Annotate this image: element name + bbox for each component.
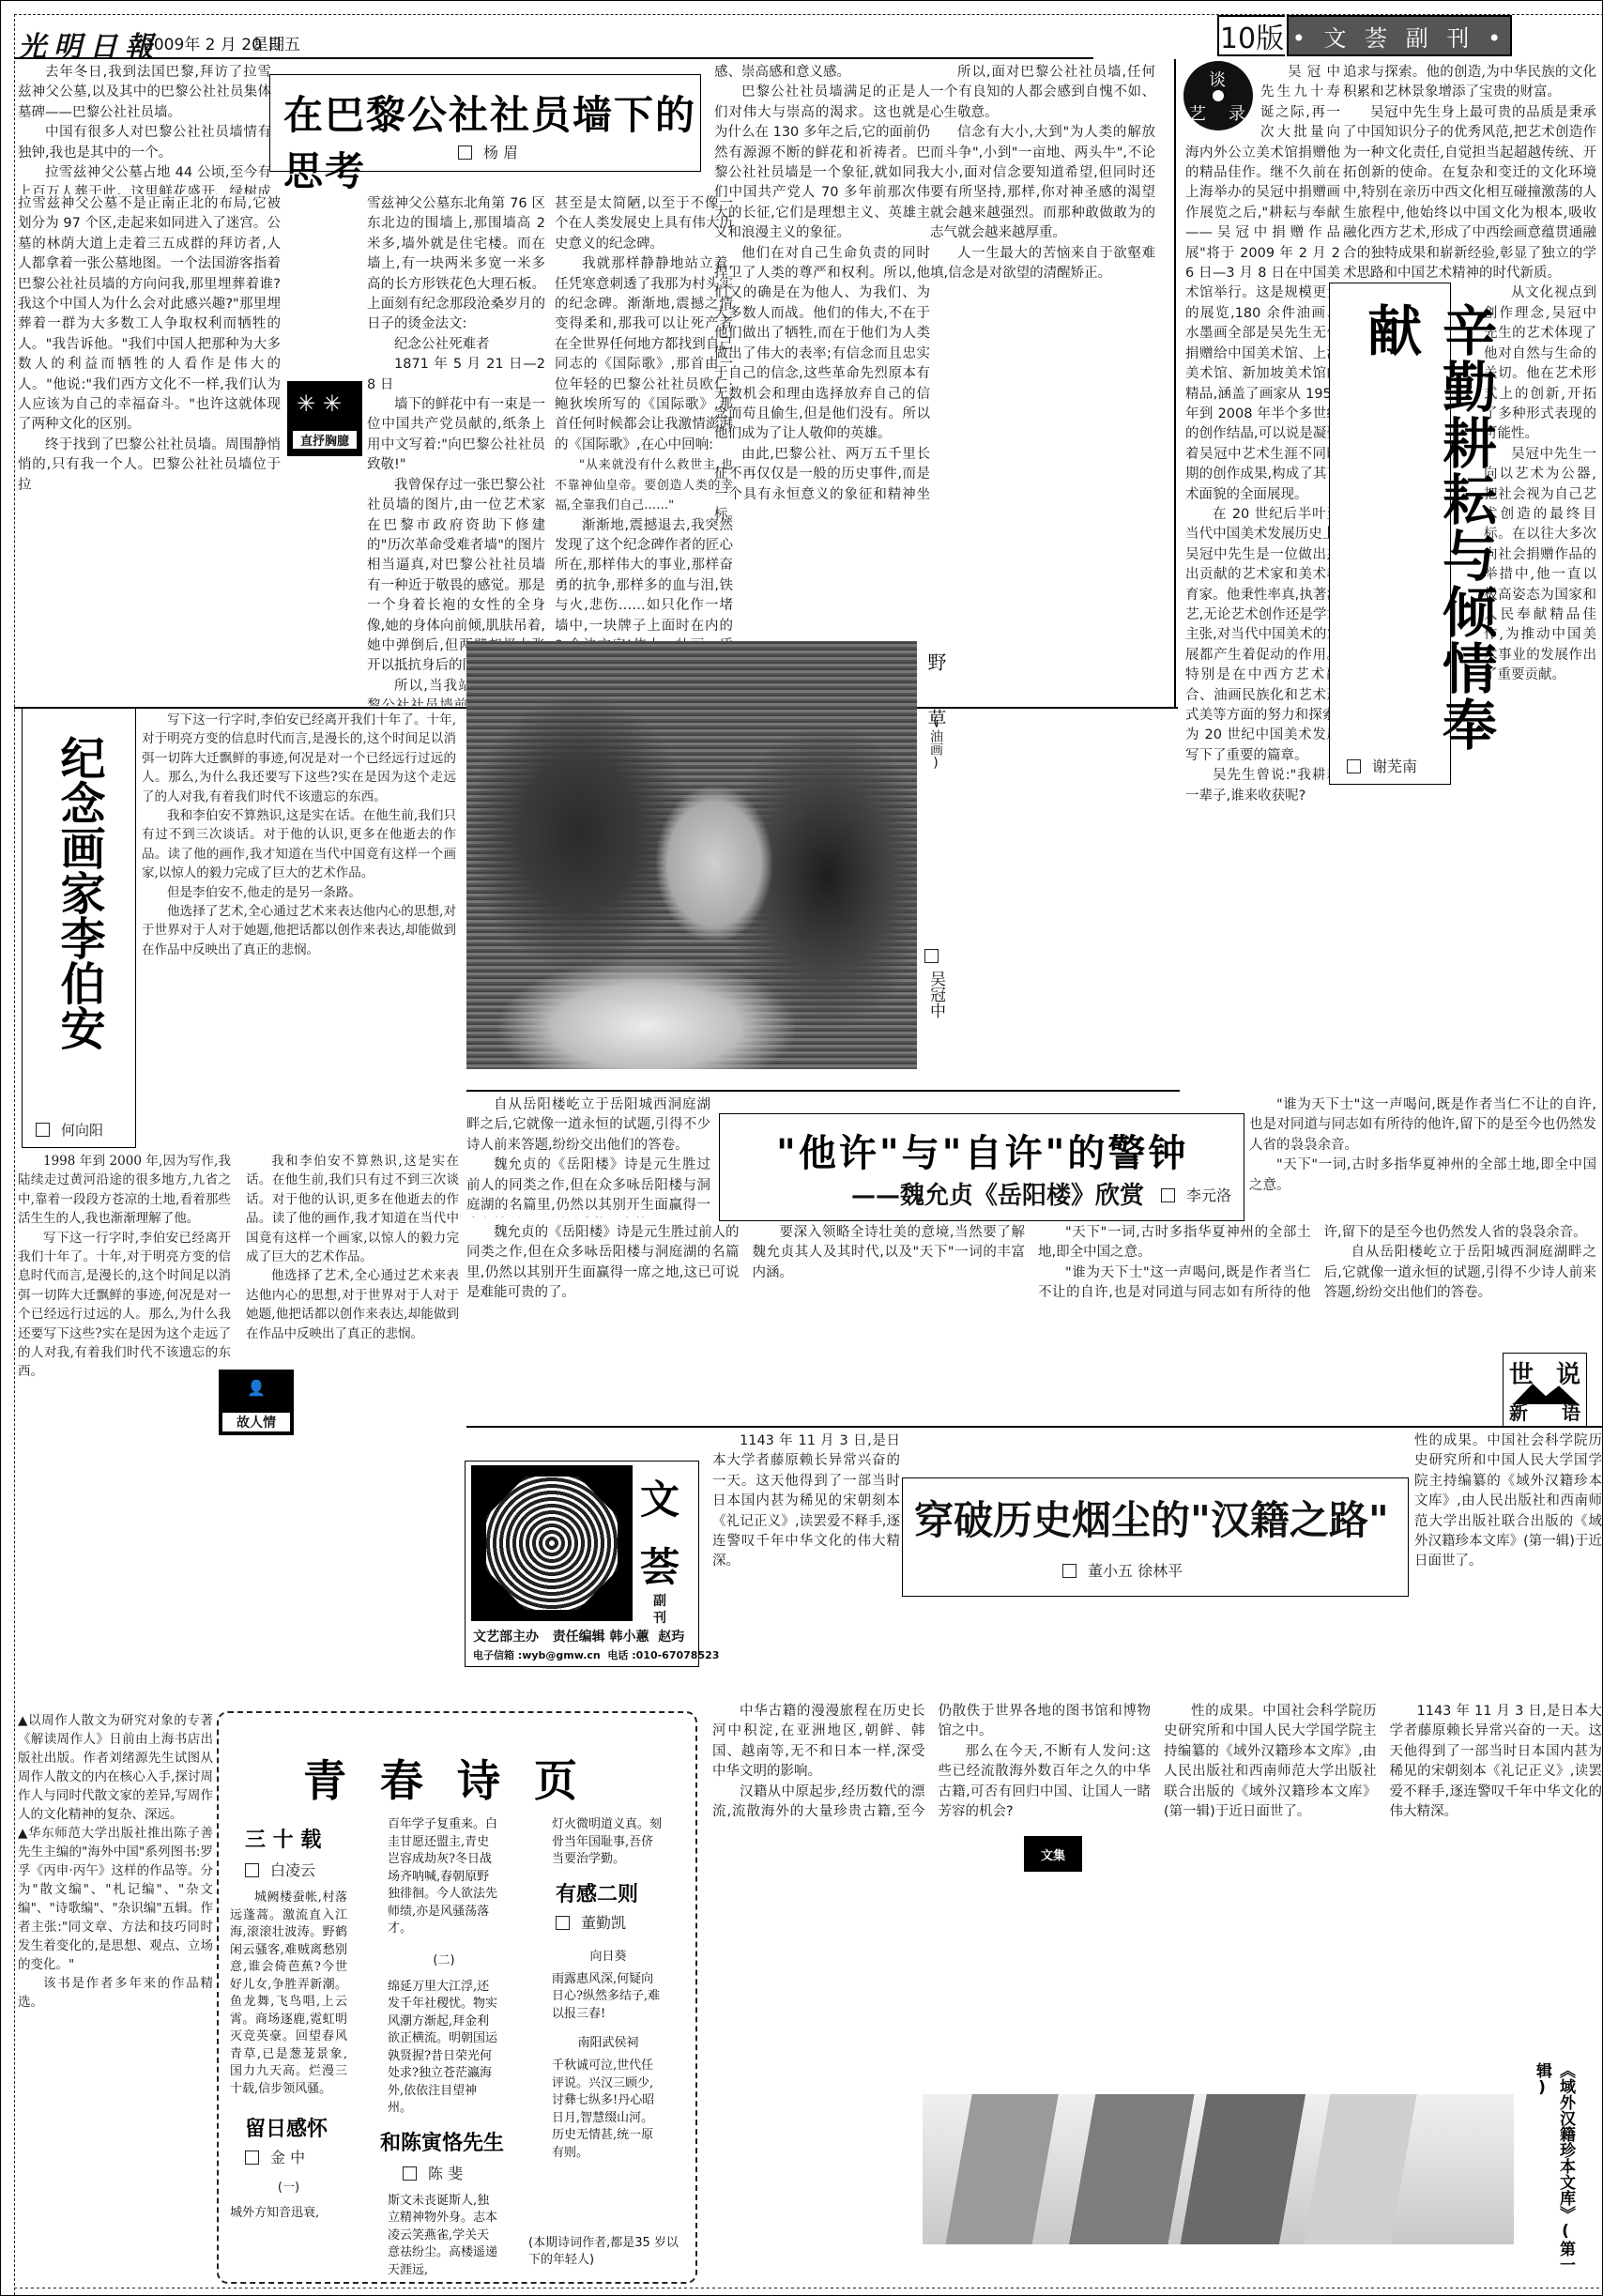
emblem-direct-speech: ✳ ✳ 直抒胸臆 <box>287 381 362 456</box>
talk-art-byline: 谢芜南 <box>1347 755 1417 776</box>
painting-medium: (油画) <box>926 714 945 771</box>
byline-square-icon <box>1161 1188 1175 1202</box>
byline-square-icon <box>924 949 939 963</box>
wenhui-masthead-box: 文 荟 副 刊 文艺部主办 责任编辑 韩小蕙 赵玙 电子信箱 :wyb@gmw.… <box>465 1461 699 1667</box>
poems-note: (本期诗词作者,都是35 岁以下的年轻人) <box>528 2235 688 2269</box>
bottom-rule <box>14 2288 1603 2288</box>
yueyang-byline: 李元洛 <box>1161 1184 1231 1205</box>
yueyang-title-box: "他许"与"自许"的警钟 ——魏允贞《岳阳楼》欣赏 李元洛 <box>719 1113 1244 1221</box>
wenhui-small-2: 刊 <box>653 1608 666 1627</box>
byline-square-icon <box>458 145 472 160</box>
wenhui-small-1: 副 <box>653 1591 666 1610</box>
memorial-title: 纪念画家李伯安 <box>51 735 107 1050</box>
poem-3: 灯火微明道义真。刻骨当年国耻事,吾侪当要治学勤。 有感二则 董勤凯 向日葵 雨露… <box>552 1816 664 2162</box>
youth-poems-box: 青 春 诗 页 三 十 载 白凌云 城阙楼蚕帐,村落远蓬蒿。激流直入江海,滚滚壮… <box>217 1711 697 2284</box>
emblem-old-friend: 👤 故人情 <box>219 1370 294 1435</box>
memorial-title-box: 纪念画家李伯安 何向阳 <box>22 707 136 1148</box>
person-icon: 👤 <box>219 1379 294 1397</box>
byline-square-icon <box>245 2151 259 2165</box>
wenhui-char-1: 文 <box>640 1469 679 1525</box>
byline-square-icon <box>1347 759 1361 773</box>
painting-image <box>466 641 917 1069</box>
memorial-body: 写下这一行字时,李伯安已经离开我们十年了。十年,对于明亮方变的信息时代而言,是漫… <box>142 711 456 1147</box>
paris-title-box: 在巴黎公社社员墙下的思考 杨 眉 <box>269 74 701 172</box>
hanji-body: 中华古籍的漫漫旅程在历史长河中积淀,在亚洲地区,朝鲜、韩国、越南等,无不和日本一… <box>712 1702 1602 2134</box>
byline-square-icon <box>403 2166 417 2181</box>
byline-square-icon <box>245 1863 259 1877</box>
section-banner: • 文 荟 副 刊 • <box>1287 15 1512 56</box>
paris-byline: 杨 眉 <box>458 141 518 162</box>
book-review-col: ▲以周作人散文为研究对象的专著《解读周作人》日前由上海书店出版社出版。作者刘绪源… <box>18 1711 213 2284</box>
yueyang-body: 魏允贞的《岳阳楼》诗是元生胜过前人的同类之作,但在众多咏岳阳楼与洞庭湖的名篇里,… <box>466 1223 1596 1420</box>
paris-col4: 感、崇高感和意义感。 巴黎公社社员墙满足的正是人们对伟大与崇高的渴求。这也就是为… <box>714 63 930 706</box>
poem-1: 三 十 载 白凌云 城阙楼蚕帐,村落远蓬蒿。激流直入江海,滚滚壮波涛。野鹤闲云骚… <box>230 1824 347 2220</box>
paris-col5: 所以,面对巴黎公社社员墙,任何一个有良知的人都会感到自愧不如、心生敬意。 信念有… <box>930 63 1155 706</box>
painting-credit: 吴冠中 <box>924 949 943 1018</box>
literary-emblem-icon: 文集 <box>1041 1845 1065 1863</box>
yueyang-title: "他许"与"自许"的警钟 <box>776 1124 1188 1177</box>
hanji-title-box: 穿破历史烟尘的"汉籍之路" 董小五 徐林平 <box>902 1477 1409 1597</box>
poem-2: 百年学子复重来。白圭甘愿还盟主,青史岂容成劫灰?冬日战场齐呐喊,春朝原野独徘徊。… <box>388 1816 500 2279</box>
youth-poems-title: 青 春 诗 页 <box>303 1747 587 1809</box>
section-rule <box>466 1426 1602 1428</box>
paris-col1: 去年冬日,我到法国巴黎,拜访了拉雪兹神父公墓,以及其中的巴黎公社社员集体墓碑——… <box>18 63 271 194</box>
porcelain-image <box>471 1465 633 1621</box>
yueyang-intro: 自从岳阳楼屹立于岳阳城西洞庭湖畔之后,它就像一道永恒的试题,引得不少诗人前来答题… <box>466 1095 710 1217</box>
hanji-side-col: 性的成果。中国社会科学院历史研究所和中国人民大学国学院主持编纂的《域外汉籍珍本文… <box>1414 1431 1602 1704</box>
masthead-rule <box>14 57 1093 59</box>
hanji-title: 穿破历史烟尘的"汉籍之路" <box>914 1490 1389 1546</box>
page-number-box: 10版 <box>1217 15 1285 56</box>
yueyang-subtitle: ——魏允贞《岳阳楼》欣赏 <box>851 1176 1144 1211</box>
memorial-byline: 何向阳 <box>36 1120 103 1140</box>
hanji-emblem: 文集 <box>1024 1836 1082 1872</box>
hanji-intro: 1143 年 11 月 3 日,是日本大学者藤原赖长异常兴奋的一天。这天他得到了… <box>712 1431 900 1700</box>
paris-col2: 雪兹神父公墓东北角第 76 区东北边的围墙上,那围墙高 2 米多,墙外就是住宅楼… <box>367 194 545 706</box>
newspaper-page: 光明日報 2009年 2 月 20 日 星期五 10版 • 文 荟 副 刊 • … <box>0 0 1603 2296</box>
byline-square-icon <box>1062 1564 1076 1578</box>
column-rule <box>1174 59 1176 707</box>
talk-art-col-left: 吴冠中先生九十寿诞之际,再一次大批量向海内外公立美术馆捐赠他的精品佳作。继不久前… <box>1185 63 1340 1058</box>
talk-art-title-box: 辛勤耕耘与倾情奉献 谢芜南 <box>1329 283 1451 785</box>
paris-col1-cont: 拉雪兹神父公墓不是正南正北的布局,它被划分为 97 个区,走起来如同进入了迷宫。… <box>18 194 281 706</box>
masthead-weekday: 星期五 <box>252 31 300 54</box>
byline-square-icon <box>556 1916 570 1930</box>
section-rule <box>466 1090 1180 1092</box>
hanji-byline: 董小五 徐林平 <box>1062 1559 1183 1581</box>
paris-col3: 甚至是太简陋,以至于不像一个在人类发展史上具有伟大历史意义的纪念碑。 我就那样静… <box>555 194 733 706</box>
page-number: 10版 <box>1220 15 1284 56</box>
byline-square-icon <box>36 1123 50 1137</box>
books-photo <box>923 2094 1514 2244</box>
books-caption: 《域外汉籍珍本文库》(第一辑) <box>1531 2062 1578 2288</box>
wenhui-dept: 文艺部主办 责任编辑 韩小蕙 赵玙 <box>473 1627 684 1645</box>
section-name: • 文 荟 副 刊 • <box>1292 20 1506 53</box>
world-talk-emblem: 世 说 新 语 <box>1503 1353 1587 1428</box>
talk-art-title: 辛勤耕耘与倾情奉献 <box>1352 302 1503 784</box>
wenhui-contact: 电子信箱 :wyb@gmw.cn 电话 :010-67078523 <box>473 1647 719 1662</box>
wenhui-char-2: 荟 <box>640 1537 679 1593</box>
sparkle-icon: ✳ ✳ <box>297 390 342 417</box>
emblem-label: 直抒胸臆 <box>293 431 357 449</box>
